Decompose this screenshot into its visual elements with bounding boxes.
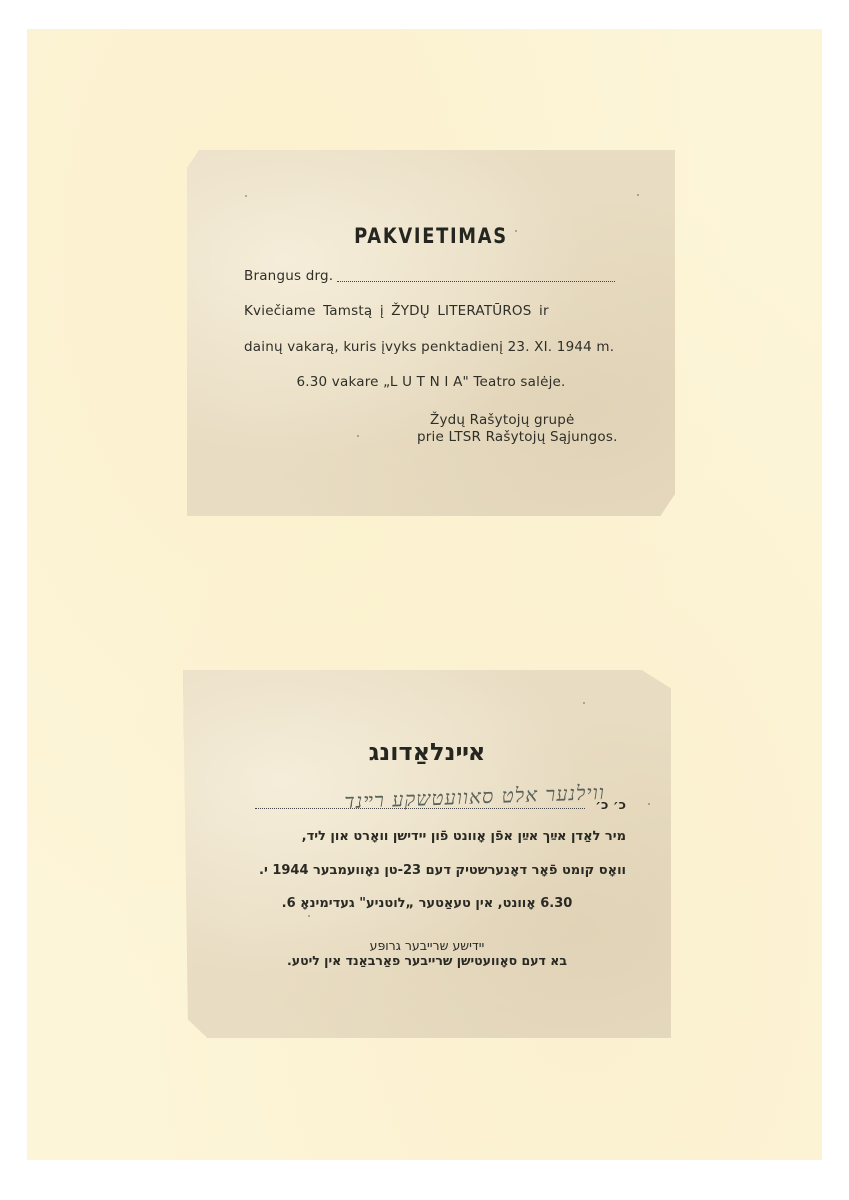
body-line-1: Kviečiame Tamstą į ŽYDŲ LITERATŪROS ir <box>244 303 549 319</box>
card-title: PAKVIETIMAS <box>224 224 639 248</box>
paper-speck <box>648 803 650 805</box>
paper-speck <box>515 230 517 232</box>
body-line-2: וואָס קומט פֿאָר דאָנערשטיק דעם 23-טן נא… <box>259 863 626 878</box>
body-line-1: מיר לאַדן אײַך אײַן אפֿן אָוונט פֿון ייד… <box>302 829 626 844</box>
signature-line-1: יידישע שרייבער גרופּע <box>183 938 671 953</box>
card-title: אײנלאַדונג <box>183 738 671 766</box>
body-line-3: 6.30 אָוונט, אין טעאַטער „לוטניע" געדימי… <box>183 896 671 911</box>
signature-line-2: בא דעם סאָוועטישן שרייבער פאַרבאַנד אין … <box>183 953 671 968</box>
body-line-3: 6.30 vakare „L U T N I A" Teatro salėje. <box>187 374 675 390</box>
paper-speck <box>357 435 359 437</box>
signature-line-2: prie LTSR Rašytojų Sąjungos. <box>417 429 618 445</box>
name-dotted-line <box>337 281 615 282</box>
paper-speck <box>583 702 585 704</box>
handwritten-name: ווילנער אלט סאוועטשקע רײנד <box>205 780 606 819</box>
paper-speck <box>308 915 310 917</box>
lithuanian-invitation-card: PAKVIETIMAS Brangus drg. Kviečiame Tamst… <box>187 150 675 516</box>
signature-line-1: Žydų Rašytojų grupė <box>430 412 575 428</box>
paper-speck <box>245 195 247 197</box>
body-line-2: dainų vakarą, kuris įvyks penktadienį 23… <box>244 339 614 355</box>
yiddish-invitation-card: אײנלאַדונג כ׳ כ׳ ווילנער אלט סאוועטשקע ר… <box>183 670 671 1038</box>
greeting-label: Brangus drg. <box>244 268 333 284</box>
paper-speck <box>637 194 639 196</box>
